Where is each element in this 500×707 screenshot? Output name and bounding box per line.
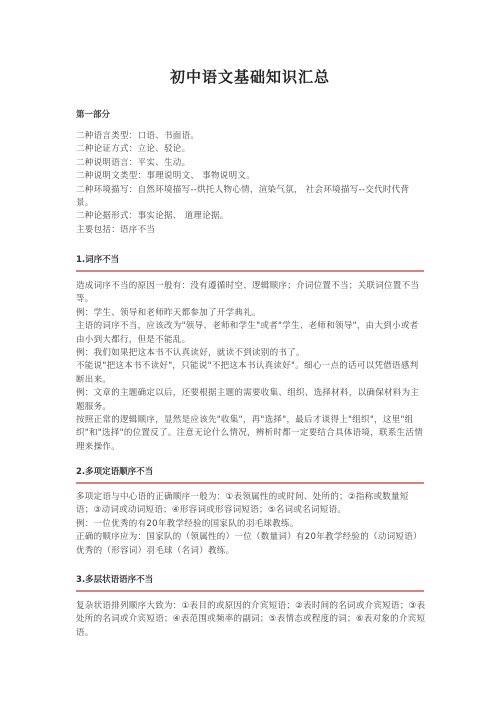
intro-line: 二种环境描写：自然环境描写--烘托人物心情，渲染气氛， 社会环境描写--交代时代… bbox=[76, 184, 426, 211]
paragraph: 例：一位优秀的有20年教学经验的国家队的羽毛球教练。 bbox=[76, 518, 426, 531]
paragraph: 例：我们如果把这本书不认真读好，就读不到读别的书了。 bbox=[76, 347, 426, 360]
section-body-1: 造成词序不当的原因一般有：没有遵循时空、逻辑顺序；介词位置不当；关联词位置不当等… bbox=[76, 280, 426, 454]
section-body-3: 复杂状语排列顺序大致为：①表目的或原因的介宾短语；②表时间的名词或介宾短语；③表… bbox=[76, 600, 426, 640]
intro-block: 二种语言类型：口语、书面语。 二种论证方式：立论、驳论。 二种说明语言：平实、生… bbox=[76, 130, 426, 237]
section-heading-3: 3.多层状语语序不当 bbox=[76, 573, 424, 592]
paragraph: 复杂状语排列顺序大致为：①表目的或原因的介宾短语；②表时间的名词或介宾短语；③表… bbox=[76, 600, 426, 640]
intro-line: 二种说明文类型：事理说明文、 事物说明文。 bbox=[76, 170, 426, 183]
paragraph: 例：文章的主题确定以后，还要根据主题的需要收集、组织、选择材料，以确保材料为主题… bbox=[76, 387, 426, 414]
intro-line: 二种论证方式：立论、驳论。 bbox=[76, 143, 426, 156]
section-heading-1: 1.词序不当 bbox=[76, 253, 424, 272]
section-divider bbox=[76, 590, 424, 592]
paragraph: 主语的词序不当，应该改为"领导、老师和学生"或者"学生、老师和领导"，由大到小或… bbox=[76, 320, 426, 347]
intro-line: 二种说明语言：平实、生动。 bbox=[76, 157, 426, 170]
paragraph: 造成词序不当的原因一般有：没有遵循时空、逻辑顺序；介词位置不当；关联词位置不当等… bbox=[76, 280, 426, 307]
paragraph: 多项定语与中心语的正确顺序一般为：①表领属性的或时间、处所的；②指称或数量短语；… bbox=[76, 491, 426, 518]
intro-line: 主要包括：语序不当 bbox=[76, 224, 426, 237]
paragraph: 例：学生、领导和老师昨天都参加了开学典礼。 bbox=[76, 307, 426, 320]
section-body-2: 多项定语与中心语的正确顺序一般为：①表领属性的或时间、处所的；②指称或数量短语；… bbox=[76, 491, 426, 558]
intro-line: 二种论据形式：事实论据、 道理论据。 bbox=[76, 210, 426, 223]
paragraph: 按照正常的逻辑顺序，显然是应该先"收集"，再"选择"，最后才谈得上"组织"，这里… bbox=[76, 414, 426, 454]
section-heading-2: 2.多项定语顺序不当 bbox=[76, 465, 424, 484]
document-page: 初中语文基础知识汇总 第一部分 二种语言类型：口语、书面语。 二种论证方式：立论… bbox=[0, 0, 500, 707]
part-label: 第一部分 bbox=[76, 108, 110, 120]
section-divider bbox=[76, 482, 424, 484]
intro-line: 二种语言类型：口语、书面语。 bbox=[76, 130, 426, 143]
paragraph: 不能说"把这本书不读好"，只能说"不把这本书认真读好"。细心一点的话可以凭借语感… bbox=[76, 360, 426, 387]
paragraph: 正确的顺序应为：国家队的（领属性的）一位（数量词）有20年教学经验的（动词短语）… bbox=[76, 531, 426, 558]
section-heading-label: 1.词序不当 bbox=[76, 253, 424, 270]
page-title: 初中语文基础知识汇总 bbox=[0, 66, 500, 87]
section-heading-label: 3.多层状语语序不当 bbox=[76, 573, 424, 590]
section-heading-label: 2.多项定语顺序不当 bbox=[76, 465, 424, 482]
section-divider bbox=[76, 270, 424, 272]
